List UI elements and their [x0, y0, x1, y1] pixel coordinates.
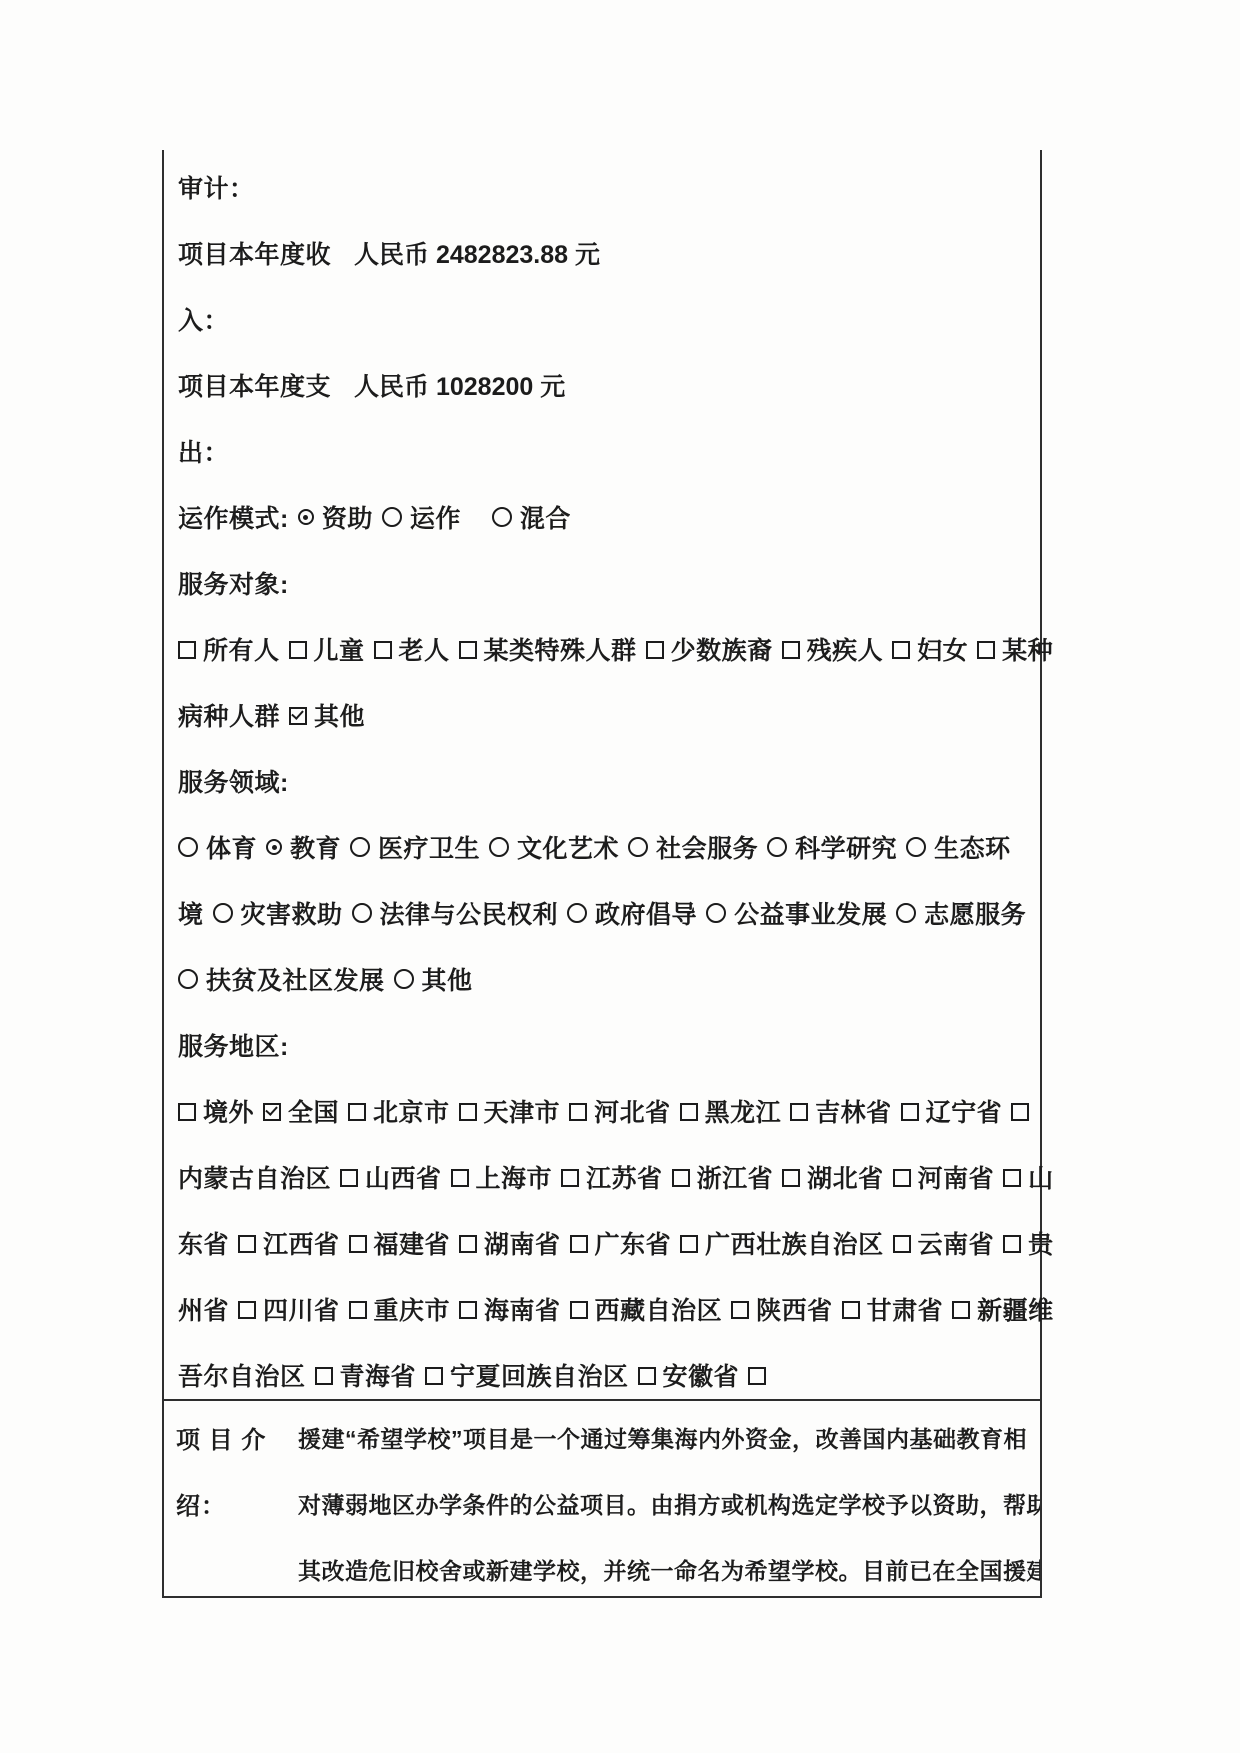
form-line: 东省江西省福建省湖南省广东省广西壮族自治区云南省贵 [178, 1210, 1036, 1276]
radio-selected-icon[interactable] [298, 509, 314, 525]
checkbox-icon[interactable] [315, 1367, 333, 1385]
text-run: 东省 [178, 1225, 229, 1261]
checkbox-icon[interactable] [348, 1103, 366, 1121]
form-line: 出： [178, 418, 1036, 484]
text-run: 医疗卫生 [378, 829, 480, 865]
intro-label: 项 目 介 绍： [176, 1404, 298, 1536]
text-run: 江西省 [263, 1225, 340, 1261]
text-run: 天津市 [484, 1093, 561, 1129]
intro-paragraph-line: 援建“希望学校”项目是一个通过筹集海内外资金，改善国内基础教育相 [298, 1404, 1040, 1470]
text-run: 青海省 [340, 1357, 417, 1393]
text-run: 志愿服务 [924, 895, 1026, 931]
checkbox-icon[interactable] [893, 1169, 911, 1187]
checkbox-icon[interactable] [570, 1301, 588, 1319]
checkbox-icon[interactable] [893, 1235, 911, 1253]
text-run: 北京市 [373, 1093, 450, 1129]
checkbox-icon[interactable] [680, 1235, 698, 1253]
text-run: 服务地区: [178, 1027, 289, 1063]
form-table: 审计：项目本年度收人民币 2482823.88 元入：项目本年度支人民币 102… [162, 150, 1042, 1598]
intro-label-line: 绍： [176, 1470, 298, 1536]
radio-icon[interactable] [567, 903, 587, 923]
checkbox-icon[interactable] [374, 641, 392, 659]
text-run: 妇女 [917, 631, 968, 667]
form-line: 服务领域: [178, 748, 1036, 814]
radio-icon[interactable] [178, 969, 198, 989]
form-line: 扶贫及社区发展其他 [178, 946, 1036, 1012]
intro-paragraph-line: 对薄弱地区办学条件的公益项目。由捐方或机构选定学校予以资助，帮助 [298, 1470, 1040, 1536]
checkbox-icon[interactable] [178, 1103, 196, 1121]
checkbox-icon[interactable] [731, 1301, 749, 1319]
form-line: 境外全国北京市天津市河北省黑龙江吉林省辽宁省 [178, 1078, 1036, 1144]
text-run: 广东省 [595, 1225, 672, 1261]
radio-icon[interactable] [352, 903, 372, 923]
text-run: 服务对象: [178, 565, 289, 601]
text-run: 甘肃省 [867, 1291, 944, 1327]
radio-icon[interactable] [492, 507, 512, 527]
form-line: 内蒙古自治区山西省上海市江苏省浙江省湖北省河南省山 [178, 1144, 1036, 1210]
text-run: 运作模式: [178, 499, 289, 535]
text-run: 吾尔自治区 [178, 1357, 306, 1393]
form-line: 运作模式:资助运作混合 [178, 484, 1036, 550]
text-run: 灾害救助 [241, 895, 343, 931]
text-run: 病种人群 [178, 697, 280, 733]
intro-cell: 项 目 介 绍： 援建“希望学校”项目是一个通过筹集海内外资金，改善国内基础教育… [164, 1399, 1040, 1596]
text-run: 体育 [206, 829, 257, 865]
text-run: 山 [1028, 1159, 1054, 1195]
text-run: 项目本年度支 [178, 367, 331, 403]
form-line: 境灾害救助法律与公民权利政府倡导公益事业发展志愿服务 [178, 880, 1036, 946]
field-value: 人民币 1028200 元 [354, 367, 565, 403]
checkbox-icon[interactable] [790, 1103, 808, 1121]
form-line: 病种人群其他 [178, 682, 1036, 748]
text-run: 湖南省 [484, 1225, 561, 1261]
text-run: 湖北省 [807, 1159, 884, 1195]
text-run: 黑龙江 [705, 1093, 782, 1129]
text-run: 资助 [322, 499, 373, 535]
text-run: 浙江省 [697, 1159, 774, 1195]
text-run: 内蒙古自治区 [178, 1159, 331, 1195]
radio-selected-icon[interactable] [266, 839, 282, 855]
text-run: 公益事业发展 [734, 895, 887, 931]
radio-icon[interactable] [489, 837, 509, 857]
intro-label-line: 项 目 介 [176, 1404, 298, 1470]
text-run: 宁夏回族自治区 [450, 1357, 629, 1393]
text-run: 江苏省 [586, 1159, 663, 1195]
text-run: 政府倡导 [595, 895, 697, 931]
checkbox-icon[interactable] [1003, 1235, 1021, 1253]
checkbox-icon[interactable] [340, 1169, 358, 1187]
text-run: 福建省 [374, 1225, 451, 1261]
form-line: 入： [178, 286, 1036, 352]
radio-icon[interactable] [350, 837, 370, 857]
text-run: 上海市 [476, 1159, 553, 1195]
intro-paragraph: 援建“希望学校”项目是一个通过筹集海内外资金，改善国内基础教育相对薄弱地区办学条… [298, 1404, 1040, 1596]
text-run: 境 [178, 895, 204, 931]
text-run: 出： [178, 433, 229, 469]
checkbox-icon[interactable] [459, 1103, 477, 1121]
checkbox-icon[interactable] [646, 641, 664, 659]
checkbox-icon[interactable] [1011, 1103, 1029, 1121]
checkbox-icon[interactable] [782, 1169, 800, 1187]
text-run: 境外 [203, 1093, 254, 1129]
radio-icon[interactable] [178, 837, 198, 857]
checkbox-icon[interactable] [178, 641, 196, 659]
text-run: 吉林省 [815, 1093, 892, 1129]
text-run: 全国 [288, 1093, 339, 1129]
checkbox-icon[interactable] [901, 1103, 919, 1121]
text-run: 文化艺术 [517, 829, 619, 865]
checkbox-icon[interactable] [349, 1301, 367, 1319]
text-run: 安徽省 [663, 1357, 740, 1393]
form-line: 项目本年度收人民币 2482823.88 元 [178, 220, 1036, 286]
form-line: 服务地区: [178, 1012, 1036, 1078]
checkbox-icon[interactable] [569, 1103, 587, 1121]
text-run: 某类特殊人群 [484, 631, 637, 667]
checkbox-icon[interactable] [672, 1169, 690, 1187]
text-run: 审计： [178, 169, 255, 205]
checkbox-icon[interactable] [459, 641, 477, 659]
checkbox-icon[interactable] [782, 641, 800, 659]
checkbox-icon[interactable] [289, 641, 307, 659]
radio-icon[interactable] [382, 507, 402, 527]
checkbox-icon[interactable] [892, 641, 910, 659]
text-run: 州省 [178, 1291, 229, 1327]
text-run: 残疾人 [807, 631, 884, 667]
checkbox-icon[interactable] [238, 1235, 256, 1253]
checkbox-icon[interactable] [425, 1367, 443, 1385]
document-page: 审计：项目本年度收人民币 2482823.88 元入：项目本年度支人民币 102… [0, 0, 1240, 1753]
text-run: 科学研究 [795, 829, 897, 865]
radio-icon[interactable] [628, 837, 648, 857]
text-run: 混合 [520, 499, 571, 535]
field-value: 人民币 2482823.88 元 [354, 235, 600, 271]
text-run: 其他 [422, 961, 473, 997]
text-run: 少数族裔 [671, 631, 773, 667]
text-run: 运作 [410, 499, 461, 535]
text-run: 西藏自治区 [595, 1291, 723, 1327]
checkbox-checked-icon[interactable] [289, 707, 307, 725]
radio-icon[interactable] [896, 903, 916, 923]
radio-icon[interactable] [706, 903, 726, 923]
text-run: 新疆维 [977, 1291, 1054, 1327]
radio-icon[interactable] [906, 837, 926, 857]
checkbox-icon[interactable] [570, 1235, 588, 1253]
text-run: 扶贫及社区发展 [206, 961, 385, 997]
checkbox-icon[interactable] [459, 1301, 477, 1319]
checkbox-icon[interactable] [459, 1235, 477, 1253]
text-run: 老人 [399, 631, 450, 667]
checkbox-icon[interactable] [451, 1169, 469, 1187]
form-line: 体育教育医疗卫生文化艺术社会服务科学研究生态环 [178, 814, 1036, 880]
text-run: 山西省 [365, 1159, 442, 1195]
text-run: 贵 [1028, 1225, 1054, 1261]
form-line: 审计： [178, 154, 1036, 220]
text-run: 儿童 [314, 631, 365, 667]
text-run: 重庆市 [374, 1291, 451, 1327]
text-run: 陕西省 [756, 1291, 833, 1327]
text-run: 海南省 [484, 1291, 561, 1327]
checkbox-icon[interactable] [638, 1367, 656, 1385]
text-run: 法律与公民权利 [380, 895, 559, 931]
checkbox-checked-icon[interactable] [263, 1103, 281, 1121]
checkbox-icon[interactable] [977, 641, 995, 659]
text-run: 河南省 [918, 1159, 995, 1195]
checkbox-icon[interactable] [1003, 1169, 1021, 1187]
text-run: 辽宁省 [926, 1093, 1003, 1129]
text-run: 其他 [314, 697, 365, 733]
form-line: 州省四川省重庆市海南省西藏自治区陕西省甘肃省新疆维 [178, 1276, 1036, 1342]
text-run: 云南省 [918, 1225, 995, 1261]
text-run: 所有人 [203, 631, 280, 667]
intro-paragraph-line: 其改造危旧校舍或新建学校，并统一命名为希望学校。目前已在全国援建 [298, 1536, 1040, 1596]
checkbox-icon[interactable] [238, 1301, 256, 1319]
text-run: 入： [178, 301, 229, 337]
text-run: 生态环 [934, 829, 1011, 865]
text-run: 教育 [290, 829, 341, 865]
text-run: 社会服务 [656, 829, 758, 865]
text-run: 河北省 [594, 1093, 671, 1129]
checkbox-icon[interactable] [748, 1367, 766, 1385]
form-line: 服务对象: [178, 550, 1036, 616]
checkbox-icon[interactable] [952, 1301, 970, 1319]
radio-icon[interactable] [394, 969, 414, 989]
checkbox-icon[interactable] [349, 1235, 367, 1253]
text-run: 项目本年度收 [178, 235, 331, 271]
text-run: 四川省 [263, 1291, 340, 1327]
text-run: 广西壮族自治区 [705, 1225, 884, 1261]
checkbox-icon[interactable] [680, 1103, 698, 1121]
radio-icon[interactable] [767, 837, 787, 857]
checkbox-icon[interactable] [842, 1301, 860, 1319]
radio-icon[interactable] [213, 903, 233, 923]
form-upper-cell: 审计：项目本年度收人民币 2482823.88 元入：项目本年度支人民币 102… [164, 150, 1040, 1399]
text-run: 服务领域: [178, 763, 289, 799]
form-line: 项目本年度支人民币 1028200 元 [178, 352, 1036, 418]
checkbox-icon[interactable] [561, 1169, 579, 1187]
form-line: 所有人儿童老人某类特殊人群少数族裔残疾人妇女某种 [178, 616, 1036, 682]
text-run: 某种 [1002, 631, 1053, 667]
